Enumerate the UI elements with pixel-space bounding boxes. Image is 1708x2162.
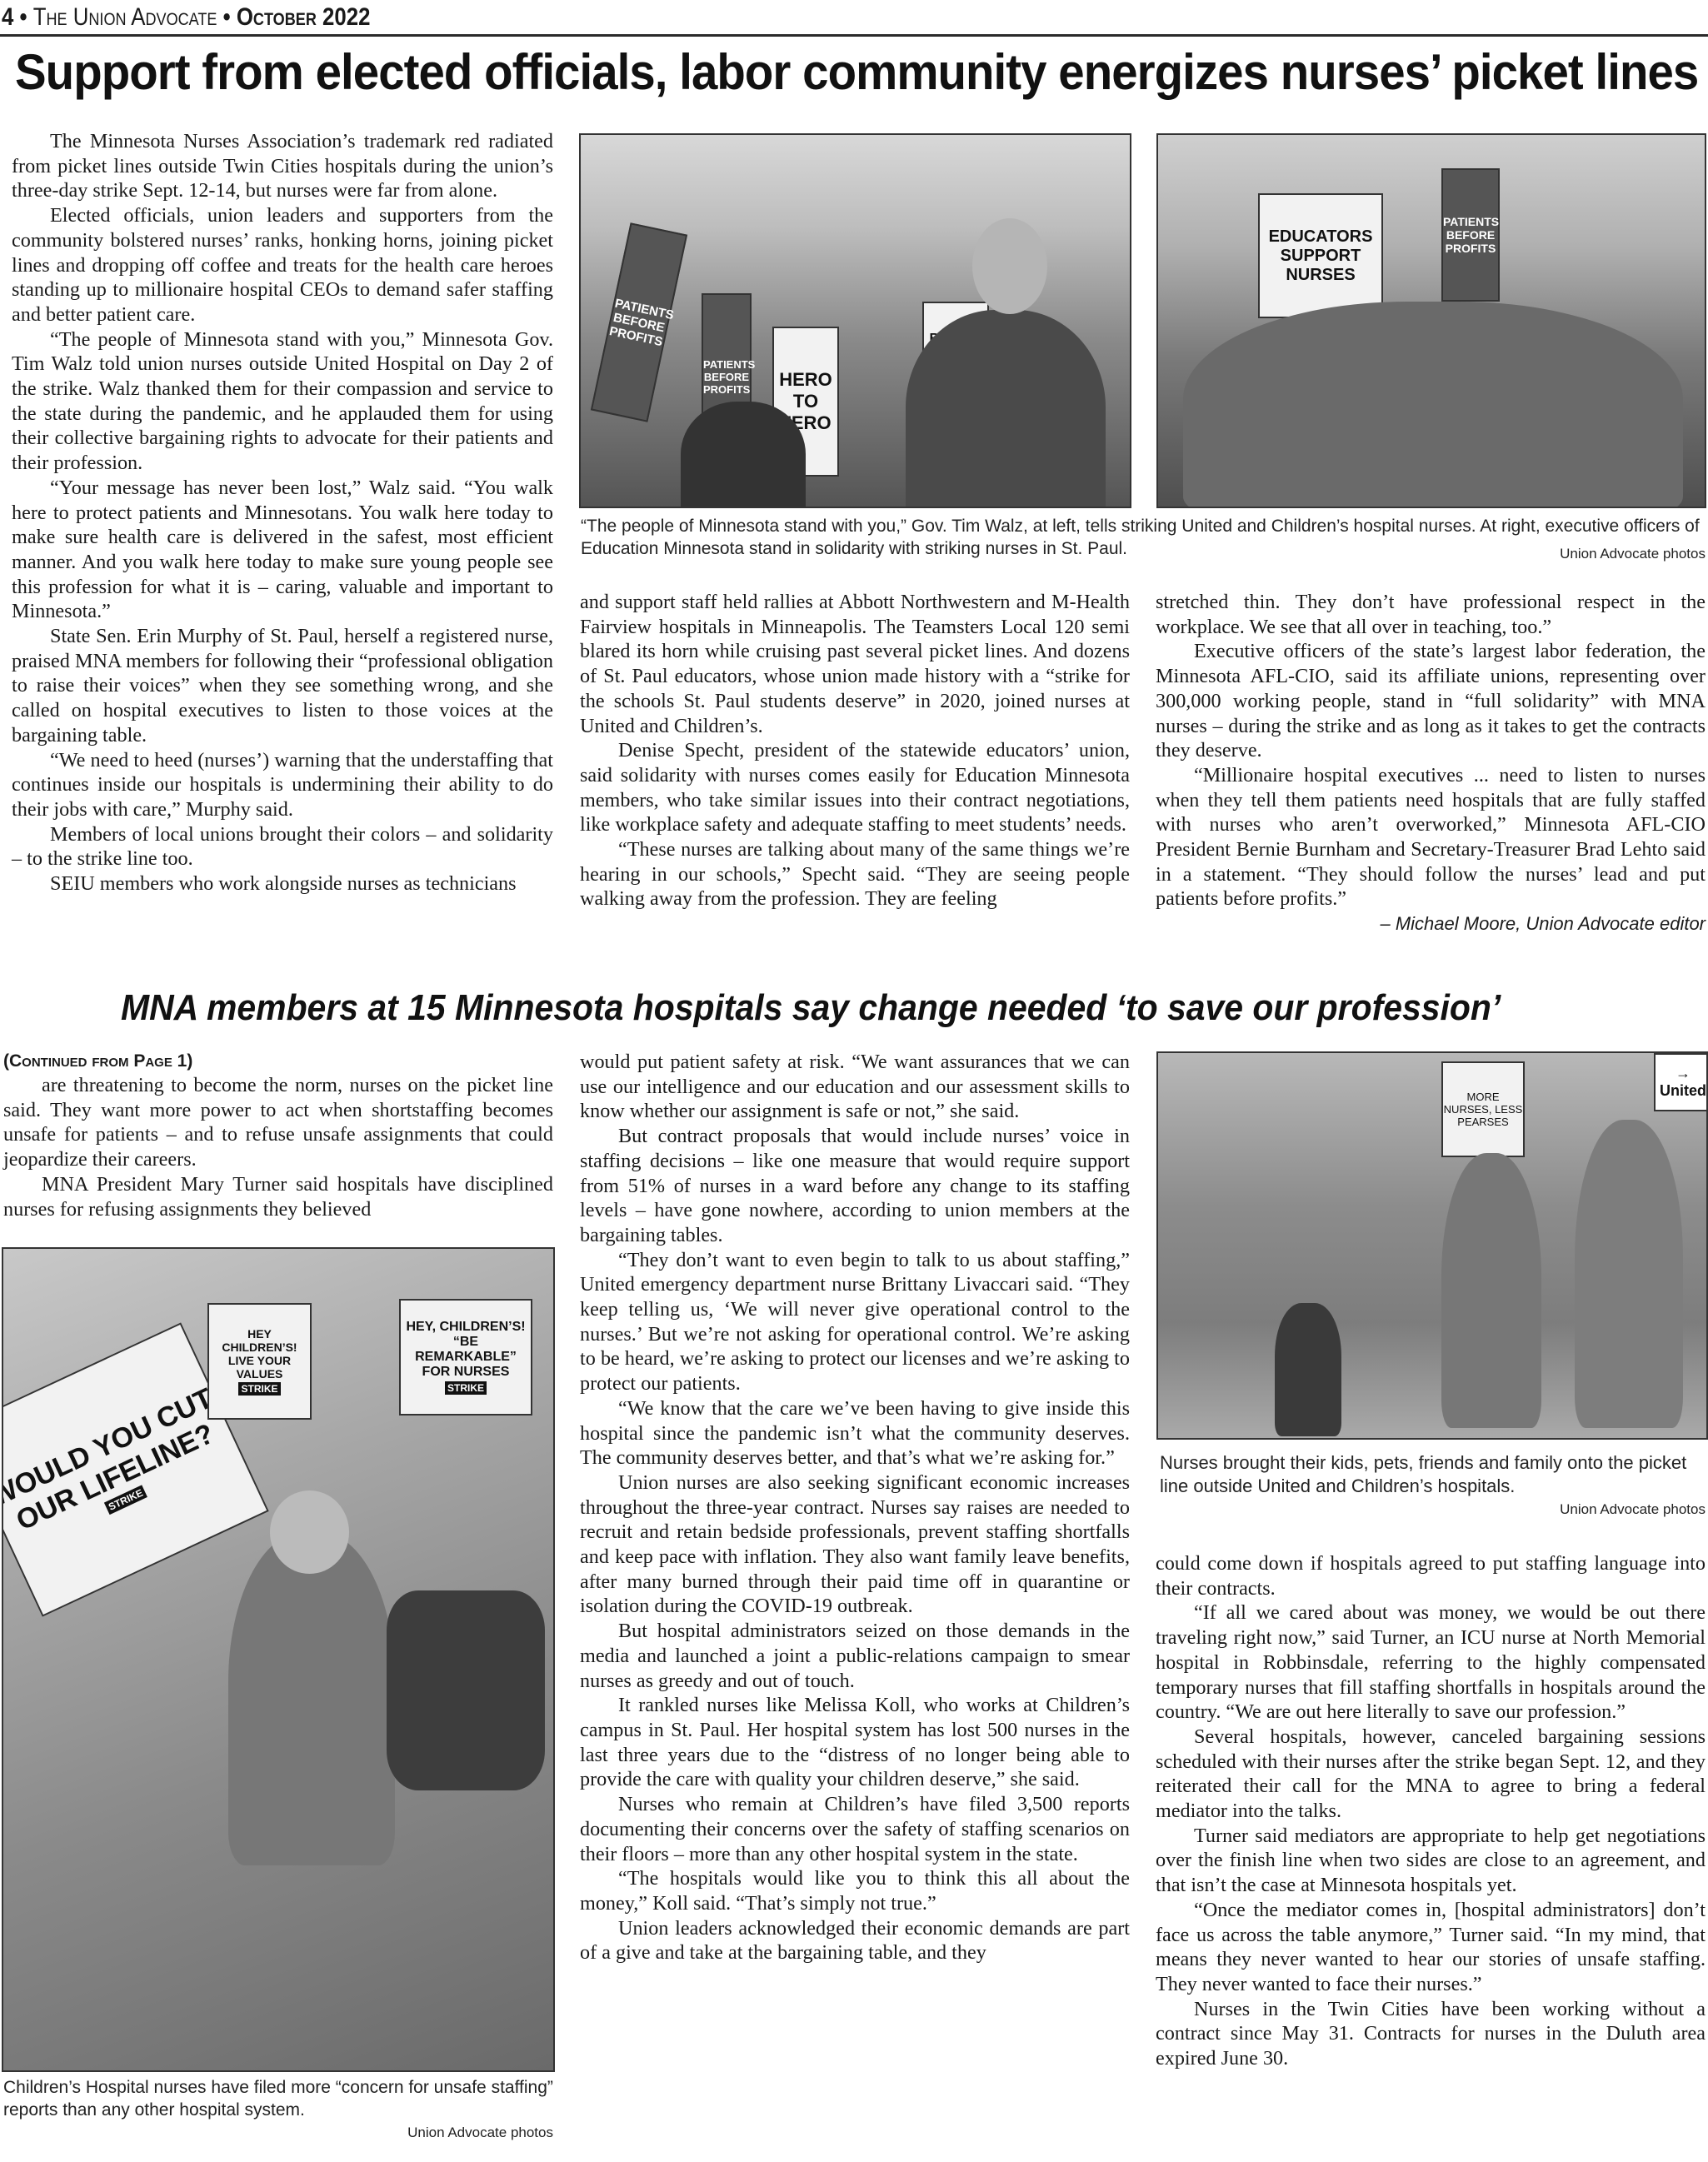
governor-figure — [906, 310, 1106, 508]
article2-right-photo-caption: Nurses brought their kids, pets, friends… — [1160, 1451, 1706, 1521]
paragraph: Union nurses are also seeking significan… — [580, 1470, 1130, 1619]
photo-credit: Union Advocate photos — [1560, 542, 1706, 565]
bullet-separator: • — [20, 3, 27, 31]
photo-educators-support: EDUCATORS SUPPORT NURSES PATIENTS BEFORE… — [1156, 133, 1706, 508]
paragraph: Nurses who remain at Children’s have fil… — [580, 1792, 1130, 1866]
page-number: 4 — [2, 3, 13, 31]
photo-walz-megaphone: PATIENTS BEFORE PROFITS PATIENTS BEFORE … — [579, 133, 1131, 508]
paragraph: would put patient safety at risk. “We wa… — [580, 1050, 1130, 1124]
sign-educators-support-nurses: EDUCATORS SUPPORT NURSES — [1258, 193, 1383, 318]
paragraph: Denise Specht, president of the statewid… — [580, 738, 1130, 837]
article2-column-3: could come down if hospitals agreed to p… — [1156, 1551, 1706, 2071]
paragraph: Nurses in the Twin Cities have been work… — [1156, 1997, 1706, 2071]
paragraph: “We know that the care we’ve been having… — [580, 1396, 1130, 1470]
article2-column-2: would put patient safety at risk. “We wa… — [580, 1050, 1130, 1965]
article1-byline: – Michael Moore, Union Advocate editor — [1156, 911, 1706, 936]
photo-nurses-with-dog: MORE NURSES, LESS PEARSES → United — [1156, 1051, 1708, 1440]
nurse-head — [270, 1490, 349, 1574]
paragraph: “These nurses are talking about many of … — [580, 837, 1130, 911]
group-of-educators — [1183, 302, 1683, 508]
sign-be-remarkable-for-nurses: HEY, CHILDREN’S! “BE REMARKABLE” FOR NUR… — [399, 1299, 532, 1416]
paragraph: Elected officials, union leaders and sup… — [12, 203, 553, 327]
paragraph: The Minnesota Nurses Association’s trade… — [12, 129, 553, 203]
paragraph: “The people of Minnesota stand with you,… — [12, 327, 553, 476]
paragraph: and support staff held rallies at Abbott… — [580, 590, 1130, 738]
paragraph: Turner said mediators are appropriate to… — [1156, 1824, 1706, 1898]
paragraph: stretched thin. They don’t have professi… — [1156, 590, 1706, 639]
masthead-rule — [0, 34, 1708, 37]
paragraph: It rankled nurses like Melissa Koll, who… — [580, 1693, 1130, 1792]
dog-in-shirt — [1275, 1303, 1341, 1436]
bullet-separator: • — [223, 3, 231, 31]
paragraph: “Once the mediator comes in, [hospital a… — [1156, 1898, 1706, 1997]
paragraph: Union leaders acknowledged their economi… — [580, 1916, 1130, 1965]
sign-hey-childrens-live-your-values: HEY CHILDREN’S! LIVE YOUR VALUESSTRIKE — [207, 1303, 312, 1420]
paragraph: “The hospitals would like you to think t… — [580, 1866, 1130, 1915]
continued-from-label: (Continued from Page 1) — [3, 1050, 553, 1073]
paragraph: MNA President Mary Turner said hospitals… — [3, 1172, 553, 1221]
governor-head — [972, 218, 1047, 314]
sign-more-nurses: MORE NURSES, LESS PEARSES — [1441, 1061, 1525, 1157]
united-hospital-sign: → United — [1654, 1053, 1708, 1111]
article1-headline: Support from elected officials, labor co… — [15, 43, 1597, 102]
paragraph: could come down if hospitals agreed to p… — [1156, 1551, 1706, 1600]
page-folio: 4 • The Union Advocate • October 2022 — [2, 2, 370, 33]
publication-name: The Union Advocate — [33, 3, 217, 31]
camera-operator — [681, 402, 806, 508]
article1-column-2: and support staff held rallies at Abbott… — [580, 590, 1130, 911]
article2-headline: MNA members at 15 Minnesota hospitals sa… — [121, 983, 1516, 1033]
paragraph: Several hospitals, however, canceled bar… — [1156, 1725, 1706, 1824]
article2-left-photo-caption: Children’s Hospital nurses have filed mo… — [3, 2076, 553, 2144]
paragraph: But contract proposals that would includ… — [580, 1124, 1130, 1248]
photo-credit: Union Advocate photos — [1160, 1498, 1706, 1521]
paragraph: State Sen. Erin Murphy of St. Paul, hers… — [12, 624, 553, 748]
paragraph: “Your message has never been lost,” Walz… — [12, 476, 553, 624]
article1-photo-caption: “The people of Minnesota stand with you,… — [581, 515, 1706, 565]
article1-column-1: The Minnesota Nurses Association’s trade… — [12, 129, 553, 896]
stroller — [387, 1590, 545, 1790]
sign-patients-before-profits: PATIENTS BEFORE PROFITS — [591, 222, 687, 422]
paragraph: SEIU members who work alongside nurses a… — [12, 871, 553, 896]
nurse-figure — [228, 1532, 395, 1865]
photo-childrens-nurses-stroller: WOULD YOU CUT OUR LIFELINE?STRIKE HEY CH… — [2, 1247, 555, 2072]
paragraph: “If all we cared about was money, we wou… — [1156, 1600, 1706, 1725]
nurse-waving — [1441, 1153, 1541, 1428]
paragraph: “Millionaire hospital executives ... nee… — [1156, 763, 1706, 911]
paragraph: Members of local unions brought their co… — [12, 822, 553, 871]
sign-patients-before-profits: PATIENTS BEFORE PROFITS — [1441, 168, 1500, 302]
paragraph: But hospital administrators seized on th… — [580, 1619, 1130, 1693]
paragraph: Executive officers of the state’s larges… — [1156, 639, 1706, 763]
photo-credit: Union Advocate photos — [3, 2121, 553, 2144]
paragraph: “We need to heed (nurses’) warning that … — [12, 748, 553, 822]
article2-column-1: (Continued from Page 1) are threatening … — [3, 1050, 553, 1221]
issue-date: October 2022 — [237, 3, 371, 31]
paragraph: “They don’t want to even begin to talk t… — [580, 1248, 1130, 1396]
article1-column-3: stretched thin. They don’t have professi… — [1156, 590, 1706, 936]
paragraph: are threatening to become the norm, nurs… — [3, 1073, 553, 1172]
nurse-fist-raised — [1575, 1120, 1683, 1428]
